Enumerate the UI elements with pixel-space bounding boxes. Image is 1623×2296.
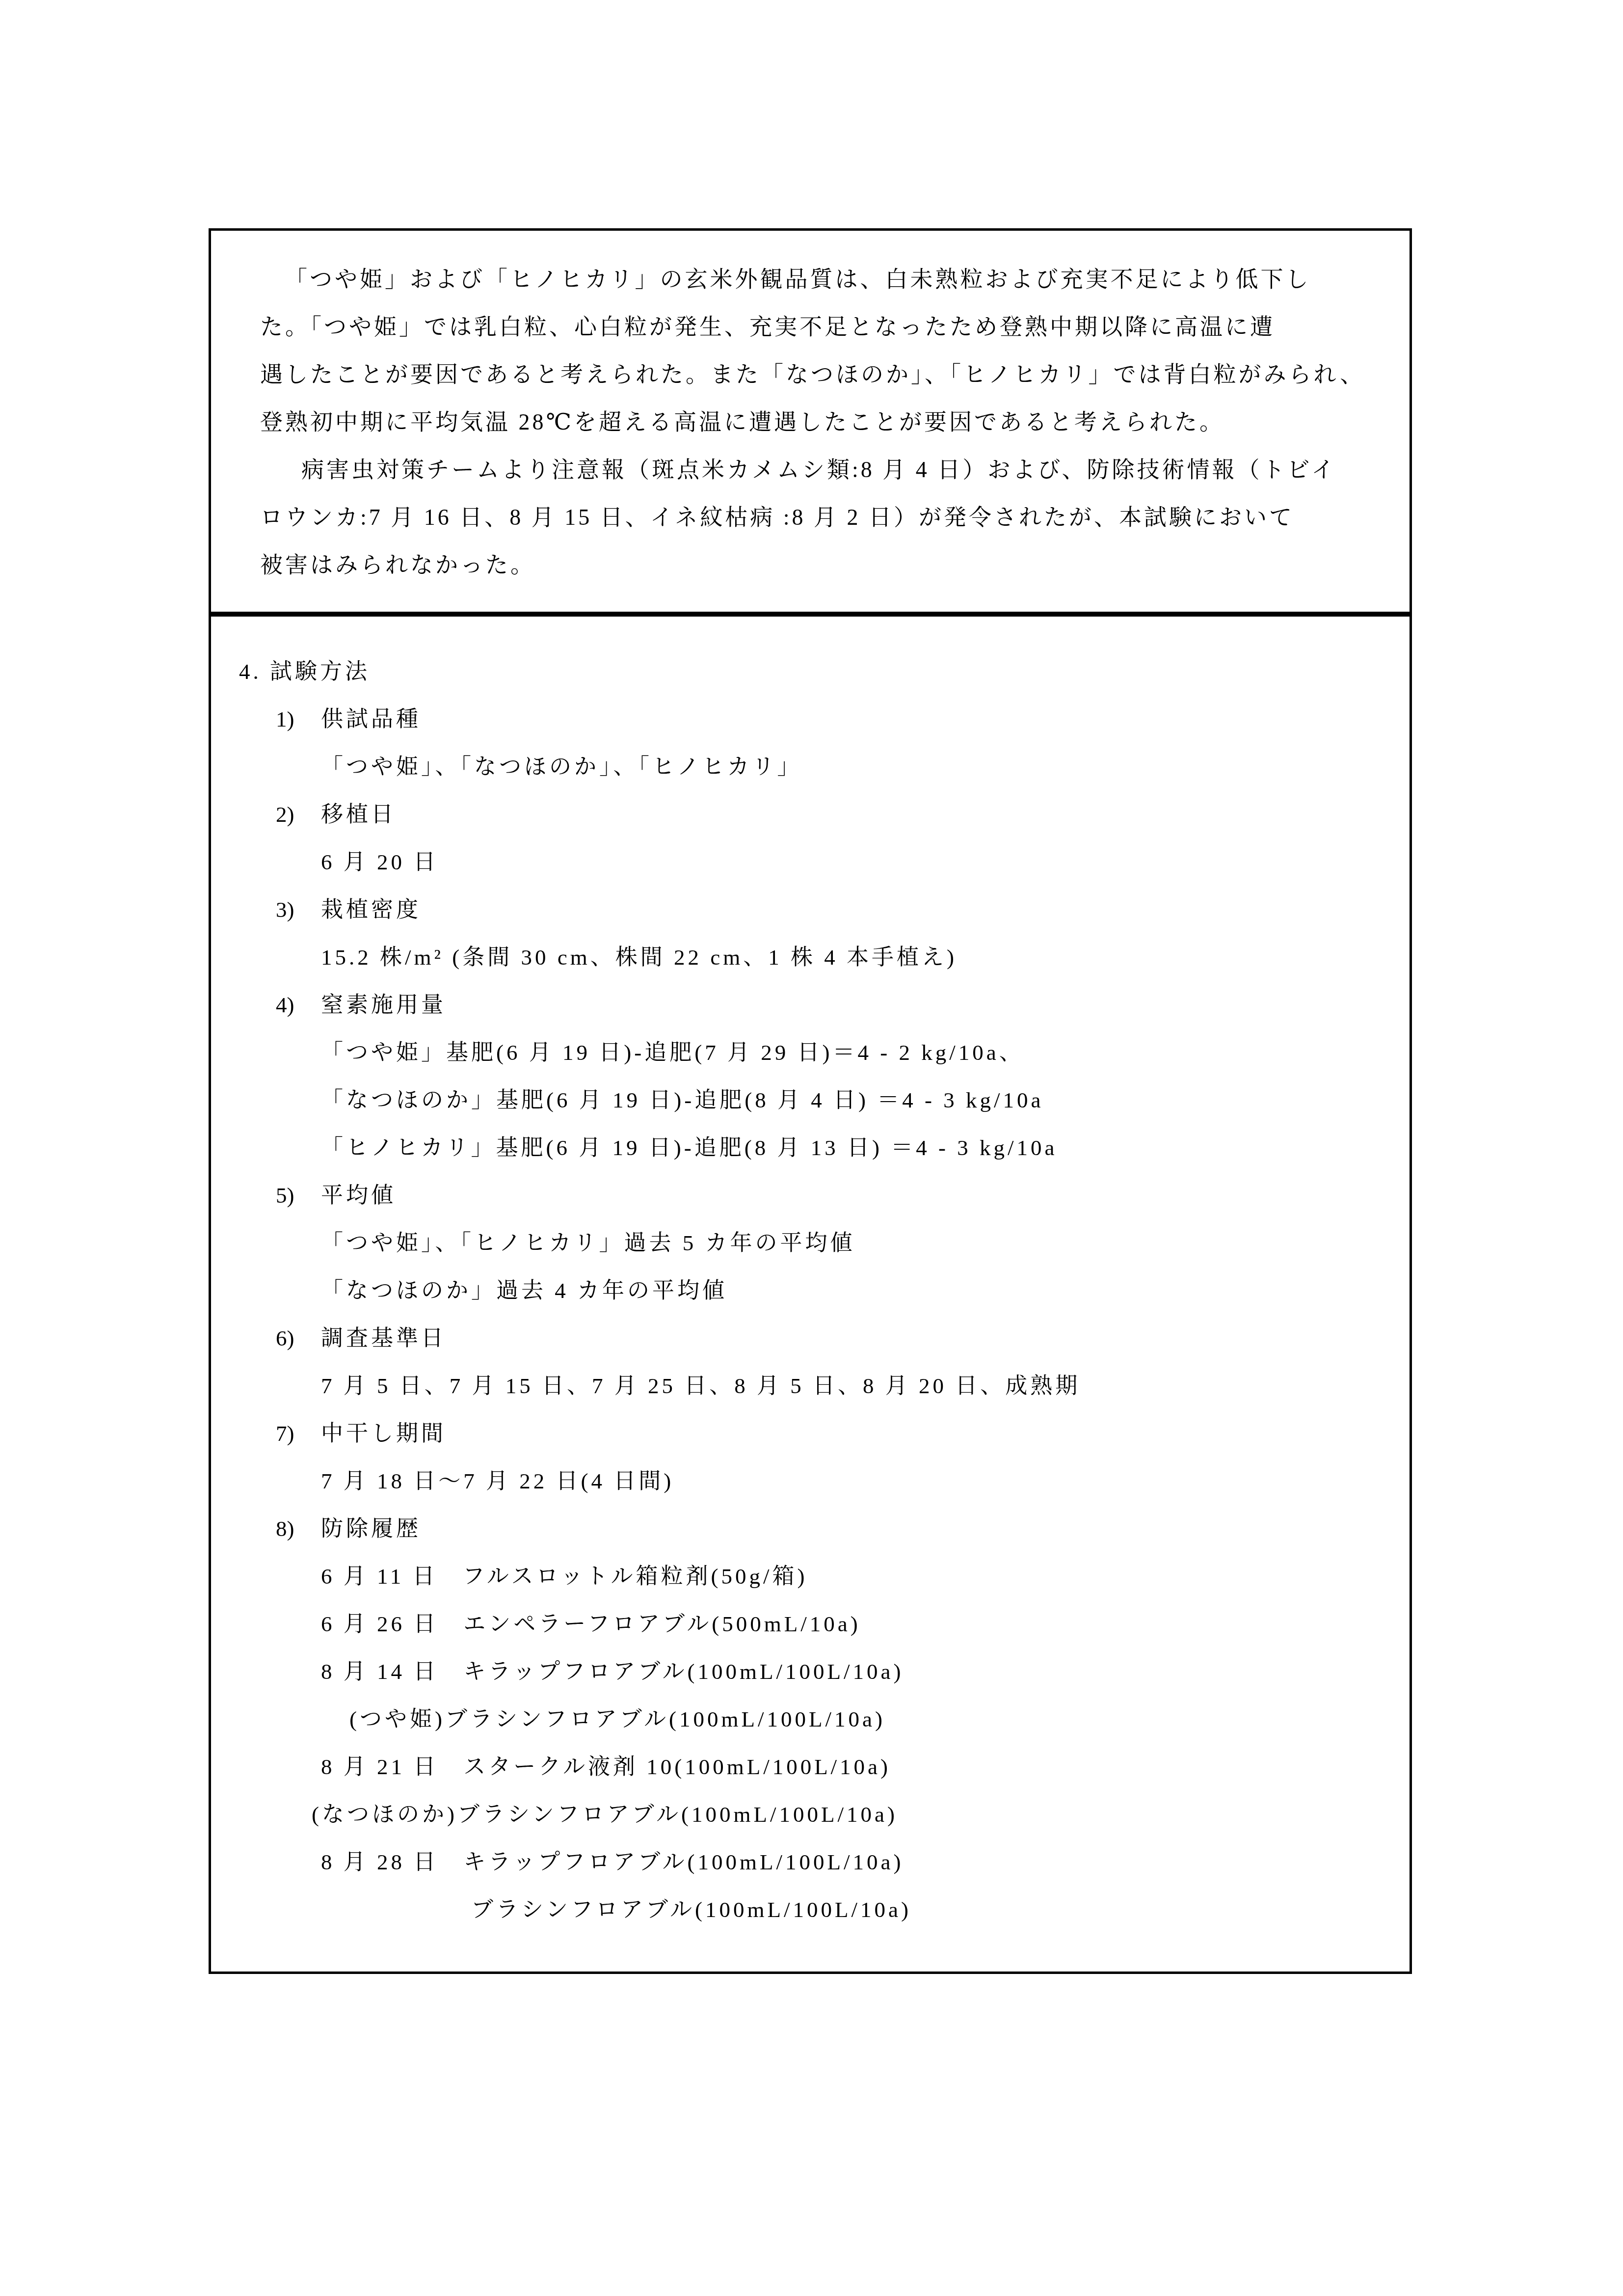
method-item-8-content-line: 8 月 28 日 キラップフロアブル(100mL/100L/10a) [239, 1838, 1391, 1886]
item-number: 5) [276, 1172, 321, 1219]
method-item-1-title-row: 1)供試品種 [239, 696, 1391, 743]
method-item-2-content-line: 6 月 20 日 [239, 838, 1391, 886]
item-title: 栽植密度 [321, 897, 421, 922]
method-item-6-content-line: 7 月 5 日、7 月 15 日、7 月 25 日、8 月 5 日、8 月 20… [239, 1362, 1391, 1410]
method-item-5-content-line: 「つや姫」、「ヒノヒカリ」過去 5 カ年の平均値 [239, 1219, 1391, 1267]
method-item-5-content-line: 「なつほのか」過去 4 カ年の平均値 [239, 1267, 1391, 1315]
method-item-7-content-line: 7 月 18 日～7 月 22 日(4 日間) [239, 1458, 1391, 1505]
method-item-3-title-row: 3)栽植密度 [239, 886, 1391, 934]
item-title: 平均値 [321, 1183, 396, 1208]
document-page: 「つや姫」および「ヒノヒカリ」の玄米外観品質は、白未熟粒および充実不足により低下… [0, 0, 1623, 2296]
item-title: 供試品種 [321, 707, 421, 731]
method-item-8-content-line: 8 月 21 日 スタークル液剤 10(100mL/100L/10a) [239, 1743, 1391, 1791]
summary-line: 被害はみられなかった。 [260, 541, 1391, 589]
item-number: 2) [276, 791, 321, 838]
method-item-8-content-line: (つや姫)ブラシンフロアブル(100mL/100L/10a) [239, 1696, 1391, 1743]
method-item-7-title-row: 7)中干し期間 [239, 1410, 1391, 1458]
method-item-8-title-row: 8)防除履歴 [239, 1505, 1391, 1553]
method-item-4-content-line: 「なつほのか」基肥(6 月 19 日)-追肥(8 月 4 日) ＝4 ‐ 3 k… [239, 1077, 1391, 1124]
summary-line: 「つや姫」および「ヒノヒカリ」の玄米外観品質は、白未熟粒および充実不足により低下… [260, 255, 1391, 303]
summary-line: た。「つや姫」では乳白粒、心白粒が発生、充実不足となったため登熟中期以降に高温に… [260, 303, 1391, 351]
method-item-8-content-line: 6 月 26 日 エンペラーフロアブル(500mL/10a) [239, 1600, 1391, 1648]
item-title: 中干し期間 [321, 1421, 446, 1446]
item-number: 8) [276, 1505, 321, 1553]
summary-line: 登熟初中期に平均気温 28℃を超える高温に遭遇したことが要因であると考えられた。 [260, 398, 1391, 446]
summary-line: 遇したことが要因であると考えられた。また「なつほのか」、「ヒノヒカリ」では背白粒… [260, 351, 1391, 398]
section-heading: 4. 試験方法 [239, 648, 1391, 696]
item-number: 6) [276, 1315, 321, 1362]
item-title: 窒素施用量 [321, 993, 446, 1017]
method-item-1-content-line: 「つや姫」、「なつほのか」、「ヒノヒカリ」 [239, 743, 1391, 791]
item-title: 調査基準日 [321, 1326, 446, 1351]
item-title: 移植日 [321, 802, 396, 827]
item-number: 7) [276, 1410, 321, 1458]
item-title: 防除履歴 [321, 1516, 421, 1541]
summary-box: 「つや姫」および「ヒノヒカリ」の玄米外観品質は、白未熟粒および充実不足により低下… [209, 228, 1412, 614]
method-item-8-content-line: 6 月 11 日 フルスロットル箱粒剤(50g/箱) [239, 1553, 1391, 1600]
method-item-4-content-line: 「つや姫」基肥(6 月 19 日)-追肥(7 月 29 日)＝4 - 2 kg/… [239, 1029, 1391, 1077]
method-item-8-content-line: (なつほのか)ブラシンフロアブル(100mL/100L/10a) [239, 1791, 1391, 1838]
summary-line: 病害虫対策チームより注意報（斑点米カメムシ類:8 月 4 日）および、防除技術情… [260, 446, 1391, 493]
method-item-3-content-line: 15.2 株/m² (条間 30 cm、株間 22 cm、1 株 4 本手植え) [239, 934, 1391, 981]
item-number: 4) [276, 981, 321, 1029]
method-item-4-title-row: 4)窒素施用量 [239, 981, 1391, 1029]
method-item-2-title-row: 2)移植日 [239, 791, 1391, 838]
item-number: 3) [276, 886, 321, 934]
method-item-4-content-line: 「ヒノヒカリ」基肥(6 月 19 日)-追肥(8 月 13 日) ＝4 - 3 … [239, 1124, 1391, 1172]
methods-box: 4. 試験方法 1)供試品種 「つや姫」、「なつほのか」、「ヒノヒカリ」 2)移… [209, 614, 1412, 1974]
item-number: 1) [276, 696, 321, 743]
method-item-6-title-row: 6)調査基準日 [239, 1315, 1391, 1362]
summary-line: ロウンカ:7 月 16 日、8 月 15 日、イネ紋枯病 :8 月 2 日）が発… [260, 493, 1391, 541]
method-item-8-content-line: 8 月 14 日 キラップフロアブル(100mL/100L/10a) [239, 1648, 1391, 1696]
method-item-8-content-line: ブラシンフロアブル(100mL/100L/10a) [239, 1886, 1391, 1934]
method-item-5-title-row: 5)平均値 [239, 1172, 1391, 1219]
